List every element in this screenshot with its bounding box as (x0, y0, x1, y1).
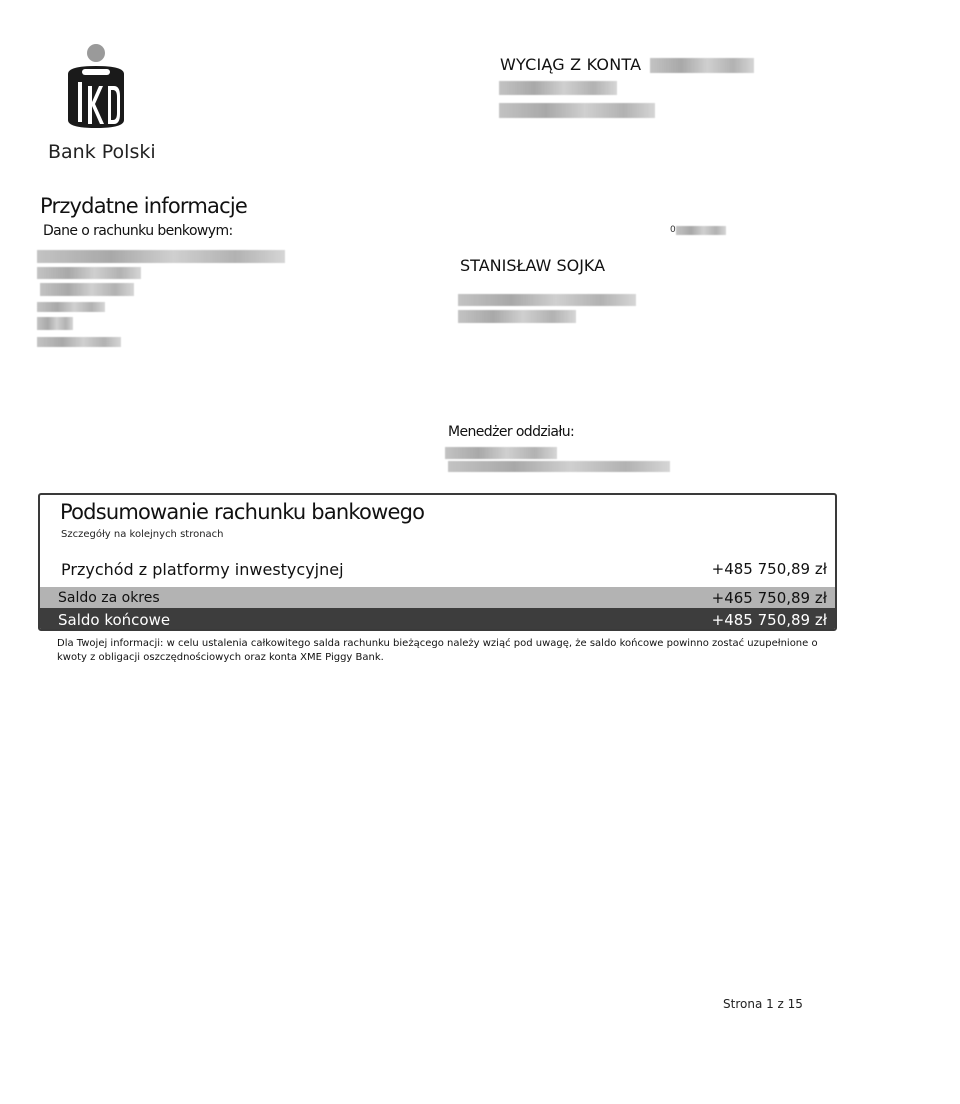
summary-subtitle: Szczegóły na kolejnych stronach (61, 529, 224, 540)
row-label: Przychód z platformy inwestycyjnej (58, 560, 344, 579)
redacted-manager-name (445, 447, 557, 459)
redacted-client-address-2 (458, 310, 576, 323)
client-name: STANISŁAW SOJKA (460, 256, 605, 275)
row-label: Saldo końcowe (58, 611, 170, 629)
redacted-client-reference (676, 226, 726, 235)
account-summary-box: Podsumowanie rachunku bankowego Szczegół… (38, 493, 837, 631)
info-note: Dla Twojej informacji: w celu ustalenia … (57, 637, 837, 665)
redacted-account-info-2 (37, 267, 141, 279)
bank-name: Bank Polski (48, 141, 156, 163)
redacted-manager-email (448, 461, 670, 472)
useful-info-title: Przydatne informacje (40, 194, 247, 218)
branch-manager-label: Menedżer oddziału: (448, 424, 574, 440)
summary-row-period-balance: Saldo za okres +465 750,89 zł (40, 587, 835, 608)
redacted-account-info-4 (37, 302, 105, 312)
redacted-statement-line-2 (499, 81, 617, 95)
summary-title: Podsumowanie rachunku bankowego (60, 500, 424, 524)
redacted-client-address-1 (458, 294, 636, 306)
summary-row-closing-balance: Saldo końcowe +485 750,89 zł (40, 608, 835, 631)
redacted-account-info-1 (37, 250, 285, 263)
summary-row-investment-income: Przychód z platformy inwestycyjnej +485 … (40, 553, 835, 585)
redacted-account-info-5 (37, 317, 73, 330)
redacted-statement-line-3 (499, 103, 655, 118)
statement-title: WYCIĄG Z KONTA (500, 55, 641, 74)
row-amount: +485 750,89 zł (712, 611, 827, 629)
account-data-label: Dane o rachunku benkowym: (43, 223, 233, 239)
pko-logo-icon (66, 44, 126, 130)
row-amount: +465 750,89 zł (712, 589, 827, 607)
redacted-account-info-3 (40, 283, 134, 296)
client-reference: 0 (670, 225, 676, 235)
row-label: Saldo za okres (58, 590, 160, 606)
page-number: Strona 1 z 15 (723, 997, 803, 1011)
redacted-account-info-6 (37, 337, 121, 347)
redacted-account-number (650, 58, 754, 73)
row-amount: +485 750,89 zł (712, 560, 827, 578)
